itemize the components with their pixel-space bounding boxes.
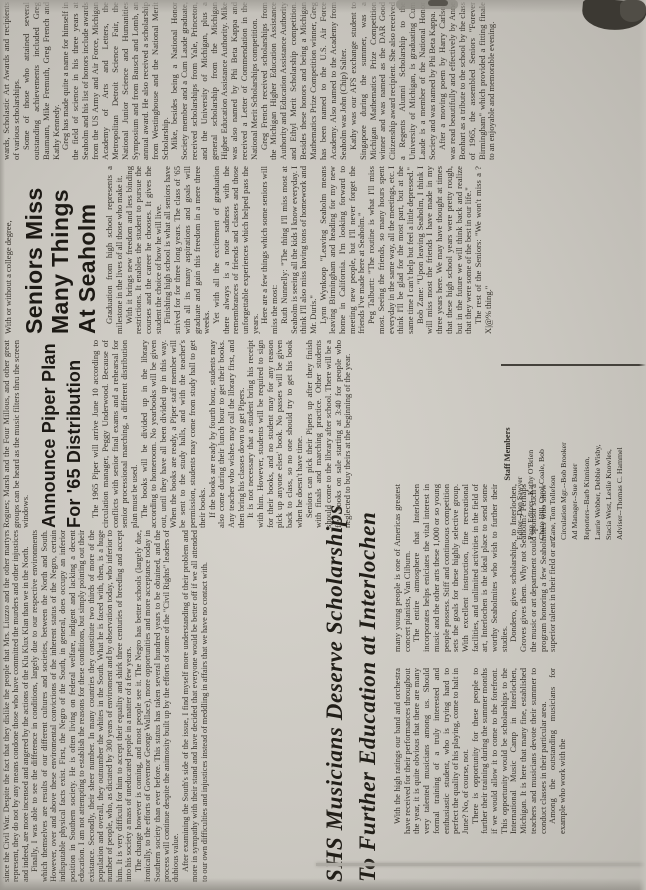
scan-edge-left xyxy=(0,878,646,890)
seniors-miss-paragraph: Lynn Wynkoop "Leaving Seaholm means leav… xyxy=(319,166,368,334)
scholarships-paragraph: After a moving poem by Harry Carlson was… xyxy=(438,2,497,160)
seniors-miss-paragraph: Yet with all the excitement of graduatio… xyxy=(212,166,261,334)
staff-box-list: Editor--Don SawyerPage Editors--Kathy O'… xyxy=(514,368,625,540)
seniors-miss-continuation: With or without a college degree, xyxy=(4,166,14,334)
piper-plan-continuation: Rogues; Marsh and the Four Millous, and … xyxy=(2,340,31,528)
interlochen-paragraph: many young people is one of Americas gre… xyxy=(393,484,412,652)
seniors-miss-paragraph: Ruth Nunnelly: "The thing I'll miss most… xyxy=(280,166,319,334)
editorial-paragraph: After examining the South's side of the … xyxy=(181,530,209,882)
seniors-miss-headline-line3: At Seaholm xyxy=(74,166,101,334)
interlochen-paragraph: Among the outstanding musicians for exam… xyxy=(548,668,567,834)
staff-box-line: Page Editors--Kathy O'Brien xyxy=(525,368,536,540)
scanned-newspaper-screenshot: { "colors": { "paper": "#cac7c0", "ink":… xyxy=(0,0,646,890)
piper-plan-paragraph: The books will be divided up in the libr… xyxy=(140,340,208,528)
seniors-miss-paragraph: With it brings new freedom and less bind… xyxy=(125,166,164,334)
staff-box-line: Zane, Tom Tollefson xyxy=(547,368,558,540)
interlochen-article-col1: With the high ratings our band and orche… xyxy=(393,668,646,834)
seniors-miss-paragraph: Peg Talburtt: "The routine is what I'll … xyxy=(367,166,416,334)
staff-box-line: Chato Hill, Carol Coale, Bob xyxy=(536,368,547,540)
scholarships-paragraph: Greg has made quite a name for himself i… xyxy=(61,2,170,160)
scholarships-paragraph: Greg French received scholarships from t… xyxy=(260,2,349,160)
seniors-miss-paragraph: The rest of the Seniors: "We won't miss … xyxy=(474,166,493,334)
staff-box: Staff Members Editor--Don SawyerPage Edi… xyxy=(502,368,646,540)
scan-edge-bottom xyxy=(639,0,646,890)
continuation-paragraph: Rogues; Marsh and the Four Millous, and … xyxy=(2,340,31,528)
continuation-paragraph: With or without a college degree, xyxy=(4,166,14,334)
interlochen-headline-line2: To Further Education at Interlochen xyxy=(351,442,384,882)
staff-box-right-rule xyxy=(501,365,646,367)
seniors-miss-article: Graduation from high school represents a… xyxy=(105,166,493,334)
seniors-miss-headline: Seniors Miss Many Things At Seaholm xyxy=(21,166,101,334)
piper-plan-headline-line1: Announce Piper Plan xyxy=(37,340,62,528)
scan-edge-top xyxy=(0,0,5,890)
page-fold-crease xyxy=(316,863,646,866)
scholarships-column: wards, Scholastic Art Awards and recipie… xyxy=(2,2,646,160)
piper-plan-article: The 1965 Piper will arrive June 10 accor… xyxy=(91,340,353,528)
piper-plan-paragraph: Seniors can pick their Pipers up after t… xyxy=(305,340,354,528)
scan-smudge-dash xyxy=(428,0,448,6)
staff-box-line: Adviser--Thomas C. Hammel xyxy=(614,368,625,540)
editorial-paragraph: Finally, I was able to see the differenc… xyxy=(30,530,133,882)
staff-box-line: Stacia West, Leslie Knowles, xyxy=(603,368,614,540)
scan-smudge-light xyxy=(396,0,458,9)
piper-plan-headline-line2: For '65 Distribution xyxy=(62,340,87,528)
piper-plan-paragraph: If the books are ready by fourth hour, s… xyxy=(208,340,247,528)
staff-box-line: Laurie Webber, Debbie Wisby, xyxy=(592,368,603,540)
staff-box-line: Reporters--Barb Kinnison, xyxy=(581,368,592,540)
seniors-miss-paragraph: Here are a few things which some seniors… xyxy=(260,166,279,334)
editorial-paragraph: since the Civil War. Despite the fact th… xyxy=(2,530,30,882)
piper-plan-headline: Announce Piper Plan For '65 Distribution xyxy=(37,340,86,528)
scholarships-paragraph: Kathy was our AFS exchange student to Si… xyxy=(349,2,438,160)
seniors-miss-headline-line1: Seniors Miss xyxy=(21,166,48,334)
newspaper-page: since the Civil War. Despite the fact th… xyxy=(0,0,646,890)
seniors-miss-column: With or without a college degree, Senior… xyxy=(4,166,493,334)
editorial-article: since the Civil War. Despite the fact th… xyxy=(2,530,209,882)
interlochen-paragraph: There is opportunity for these people to… xyxy=(471,668,549,834)
staff-box-line: Editor--Don Sawyer xyxy=(514,368,525,540)
seniors-miss-headline-line2: Many Things xyxy=(47,166,74,334)
piper-plan-column: Rogues; Marsh and the Four Millous, and … xyxy=(2,340,353,528)
interlochen-paragraph: With the high ratings our band and orche… xyxy=(393,668,471,834)
seniors-miss-paragraph: Finishing high school is what all senior… xyxy=(163,166,212,334)
editorial-paragraph: The change however is coming, and most p… xyxy=(134,530,181,882)
scan-edge-right xyxy=(0,0,646,13)
interlochen-paragraph: The entire atmosphere that Interlochen i… xyxy=(412,484,509,652)
staff-box-line: Circulation Mgr.--Bob Brooker xyxy=(558,368,569,540)
scholarships-paragraph: Some of those who attained several outst… xyxy=(22,2,62,160)
staff-box-line: Ad Manager--Sue Bauer xyxy=(569,368,580,540)
piper-plan-paragraph: The 1965 Piper will arrive June 10 accor… xyxy=(91,340,140,528)
piper-plan-paragraph: It is not necessary that a student bring… xyxy=(246,340,304,528)
scholarships-paragraph: Mike, besides being a National Honor Soc… xyxy=(170,2,259,160)
staff-box-title: Staff Members xyxy=(502,368,514,540)
seniors-miss-paragraph: Graduation from high school represents a… xyxy=(105,166,124,334)
seniors-miss-paragraph: Bob Zane: "Upon leaving Seaholm, I think… xyxy=(416,166,474,334)
